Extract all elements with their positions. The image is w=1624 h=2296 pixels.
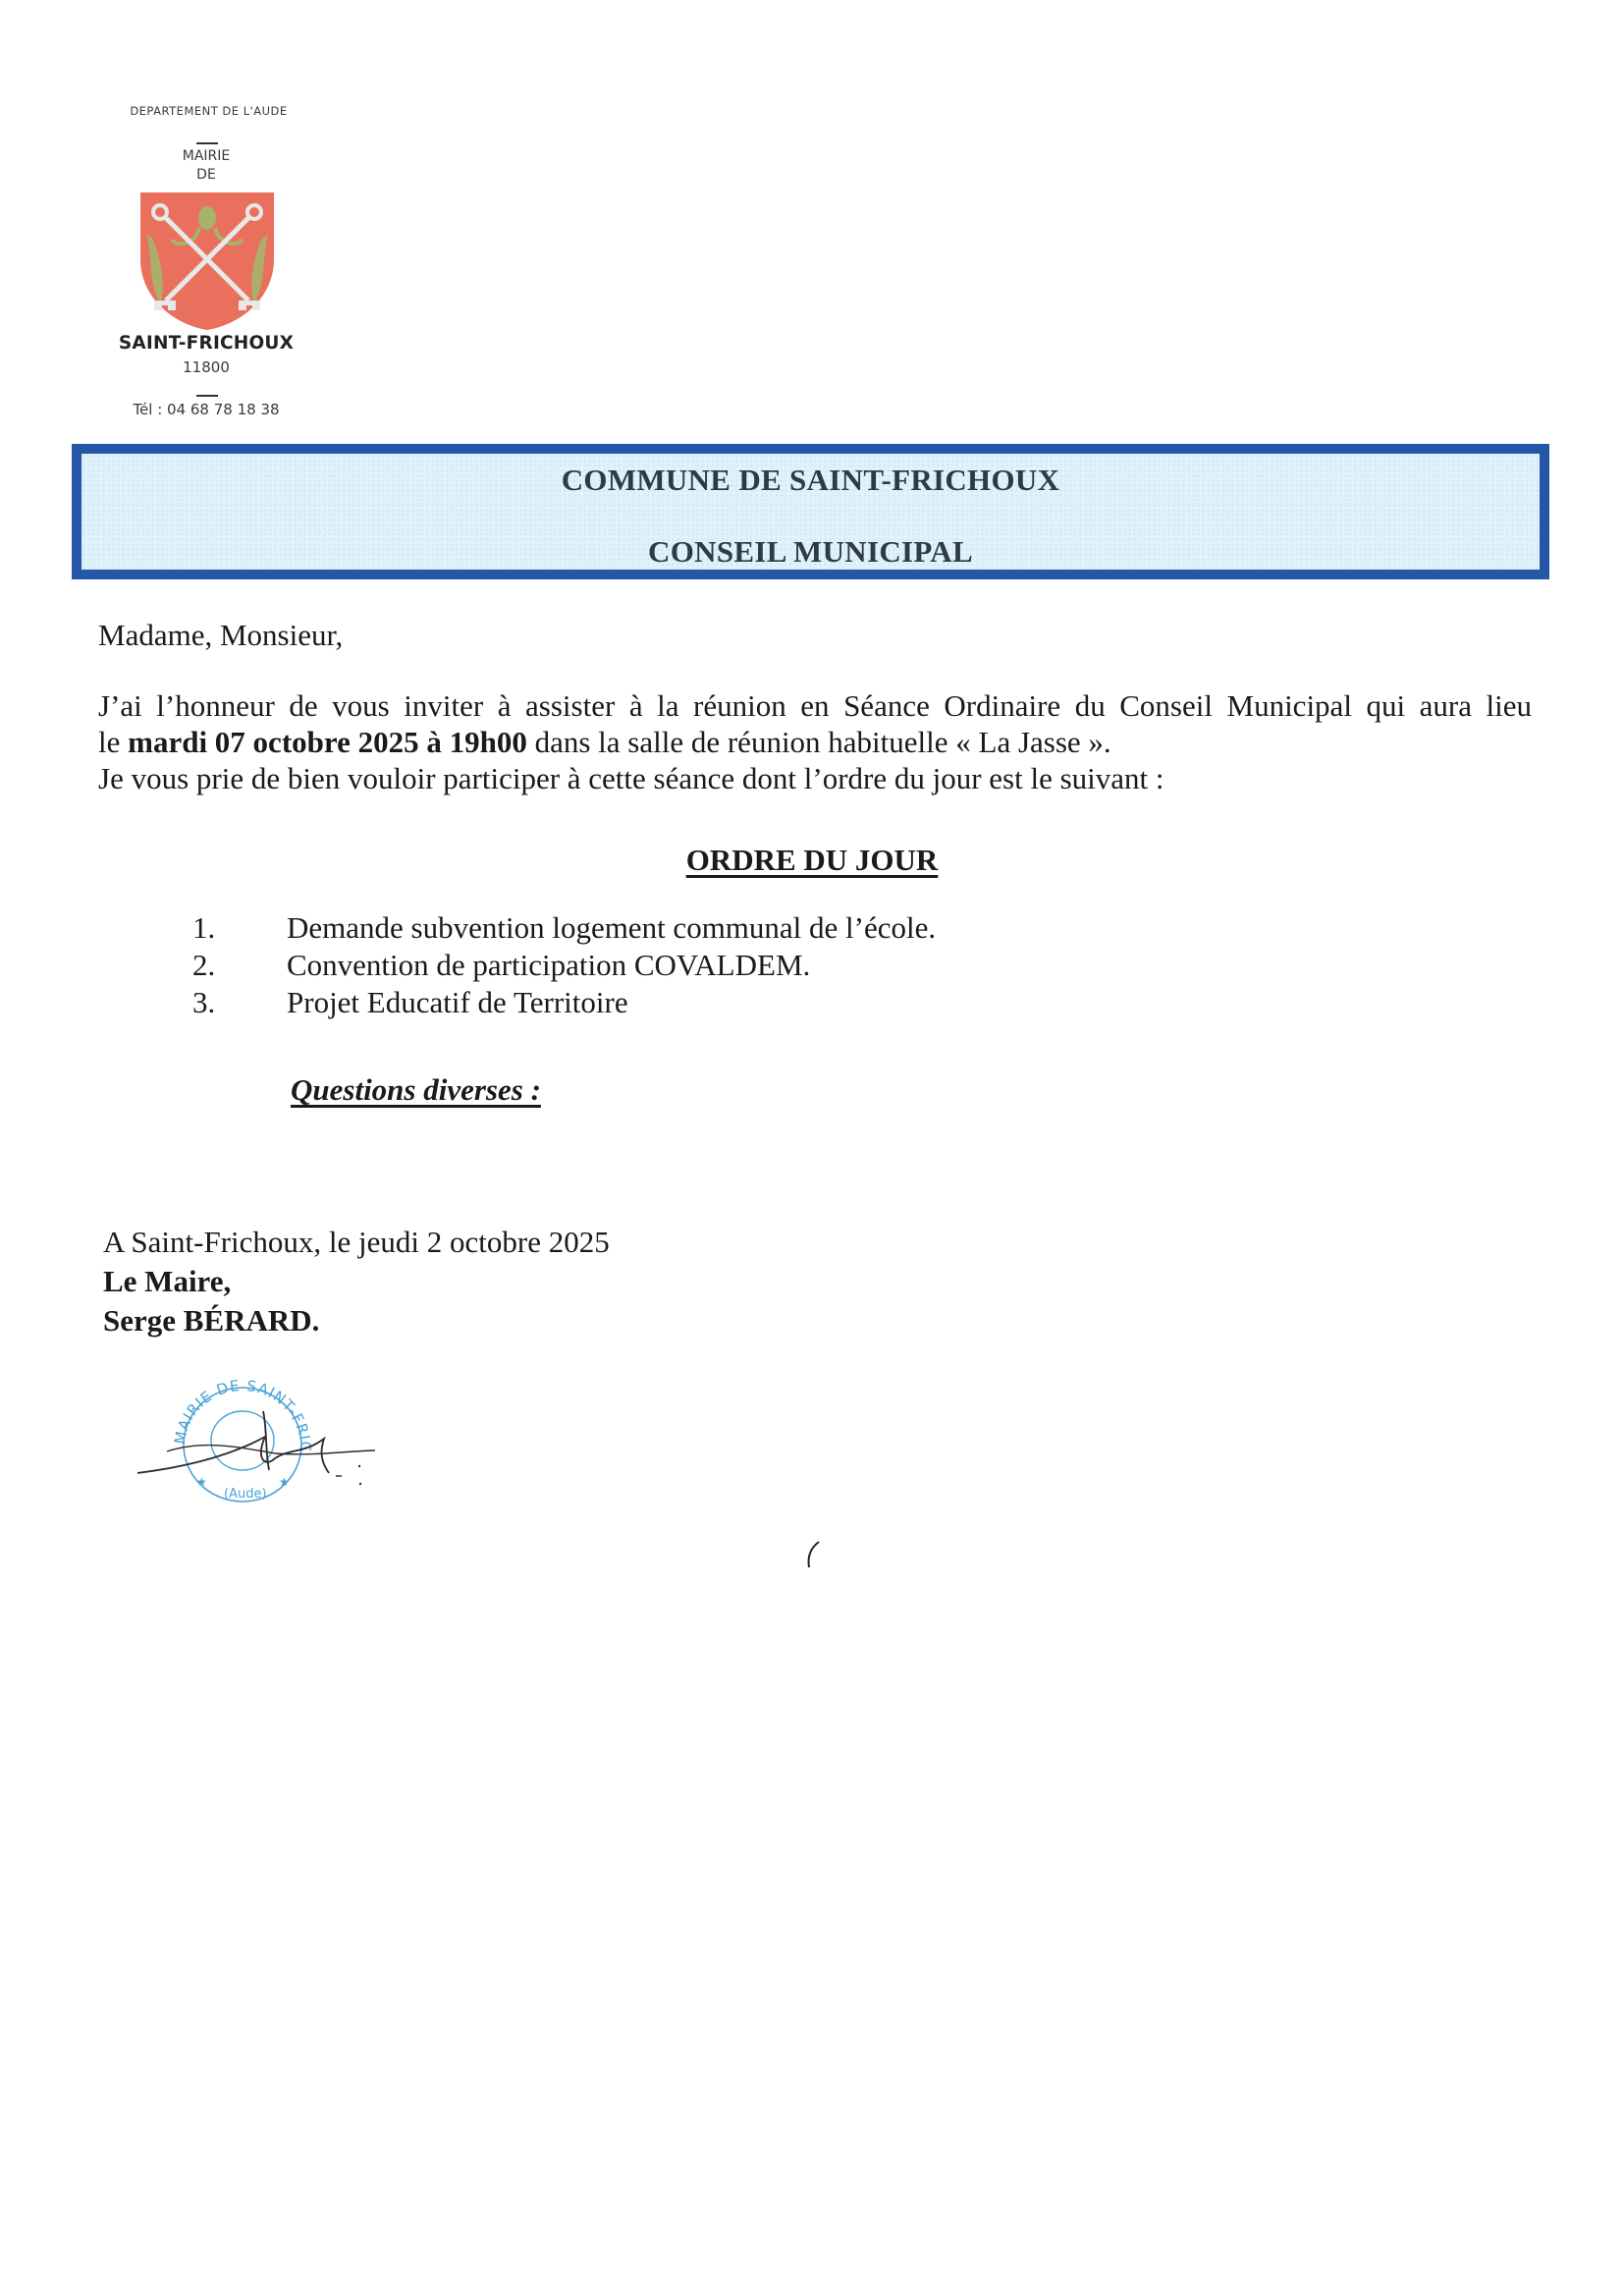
divider (196, 395, 218, 397)
agenda-item-label: Demande subvention logement communal de … (287, 909, 936, 946)
stray-mark (803, 1540, 823, 1569)
mairie-line-1: MAIRIE (147, 147, 265, 166)
svg-text:MAIRIE DE SAINT-FRICHOUX: MAIRIE DE SAINT-FRICHOUX (118, 1370, 314, 1452)
line-suffix: dans la salle de réunion habituelle « La… (527, 725, 1111, 759)
title-banner: COMMUNE DE SAINT-FRICHOUX CONSEIL MUNICI… (72, 444, 1549, 579)
svg-text:★: ★ (279, 1475, 290, 1489)
banner-fill: COMMUNE DE SAINT-FRICHOUX CONSEIL MUNICI… (81, 454, 1540, 570)
paragraph-line-3: Je vous prie de bien vouloir participer … (98, 760, 1551, 796)
agenda-item-label: Projet Educatif de Territoire (287, 984, 628, 1020)
meeting-date: mardi 07 octobre 2025 à 19h00 (128, 725, 527, 759)
crest-icon (138, 191, 276, 332)
stamp-signature-icon: MAIRIE DE SAINT-FRICHOUX (Aude) ★ ★ (118, 1370, 383, 1507)
mairie-label: MAIRIE DE (147, 147, 265, 185)
mairie-line-2: DE (147, 166, 265, 185)
invitation-paragraph: J’ai l’honneur de vous inviter à assiste… (98, 687, 1551, 796)
agenda-item-number: 2. (192, 947, 251, 983)
department-label: DEPARTEMENT DE L'AUDE (98, 104, 319, 118)
salutation: Madame, Monsieur, (98, 617, 343, 653)
stamp-ring-text: MAIRIE DE SAINT-FRICHOUX (118, 1370, 314, 1452)
agenda-item-number: 3. (192, 984, 251, 1020)
agenda-item-label: Convention de participation COVALDEM. (287, 947, 810, 983)
banner-subtitle: CONSEIL MUNICIPAL (81, 534, 1540, 570)
paragraph-line-1: J’ai l’honneur de vous inviter à assiste… (98, 687, 1532, 724)
town-name: SAINT-FRICHOUX (98, 333, 314, 354)
phone-number: Tél : 04 68 78 18 38 (98, 401, 314, 418)
line-prefix: le (98, 725, 128, 759)
agenda-title: ORDRE DU JOUR (0, 843, 1624, 878)
signatory-name: Serge BÉRARD. (103, 1302, 319, 1339)
paragraph-line-2: le mardi 07 octobre 2025 à 19h00 dans la… (98, 724, 1551, 760)
svg-text:★: ★ (196, 1475, 207, 1489)
signatory-role: Le Maire, (103, 1263, 231, 1299)
banner-title: COMMUNE DE SAINT-FRICHOUX (81, 463, 1540, 498)
place-date: A Saint-Frichoux, le jeudi 2 octobre 202… (103, 1224, 610, 1260)
misc-questions-heading: Questions diverses : (291, 1072, 541, 1108)
postal-code: 11800 (147, 358, 265, 376)
divider (196, 142, 218, 144)
agenda-item-number: 1. (192, 909, 251, 946)
stamp-bottom-text: (Aude) (224, 1487, 267, 1502)
